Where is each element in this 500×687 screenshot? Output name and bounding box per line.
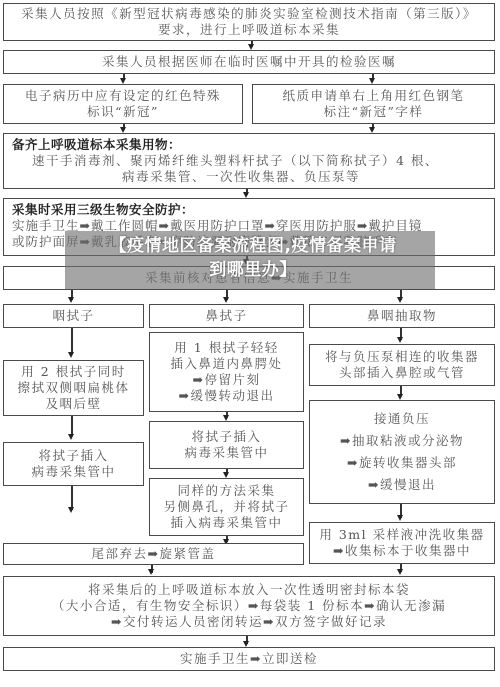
arrow-down-icon [68, 352, 74, 358]
step-collection-guideline: 采集人员按照《新型冠状病毒感染的肺炎实验室检测技术指南（第三版）》 要求，进行上… [3, 3, 495, 41]
step-text: 接通负压 [374, 411, 430, 427]
step-text: 同样的方法采集 [177, 483, 275, 499]
step-text: 病毒采集管、一次性收集器、负压泵等 [12, 169, 360, 185]
step-text: ➡抽取粘液或分泌物 [340, 433, 464, 449]
arrow-down-icon [397, 337, 403, 343]
step-prepare-supplies: 备齐上呼吸道标本采集用物： 速干手消毒剂、聚丙烯纤维头塑料杆拭子（以下简称拭子）… [3, 133, 495, 189]
nasal-swab-insert-tube: 将拭子插入 病毒采集管中 [149, 421, 304, 469]
step-text: ➡收集标本于收集器中 [333, 543, 471, 559]
step-text: 尾部弃去➡旋紧管盖 [92, 546, 216, 562]
connector [71, 416, 73, 436]
step-discard-tail-cap: 尾部弃去➡旋紧管盖 [3, 543, 304, 565]
throat-swab-header: 咽拭子 [3, 304, 144, 328]
step-text: 病毒采集管中 [184, 445, 268, 461]
step-text: 标注“新冠”字样 [324, 104, 424, 120]
step-text: 标识“新冠” [87, 104, 159, 120]
step-text: 用 1 根拭子轻轻 [174, 340, 278, 356]
step-text: 另侧鼻孔，并将拭子 [163, 499, 289, 515]
step-paper-form-mark: 纸质申请单右上角用红色钢笔 标注“新冠”字样 [252, 84, 495, 124]
overlay-line: 【疫情地区备案流程图,疫情备案申请 [68, 234, 438, 258]
step-text: 要求，进行上呼吸道标本采集 [158, 22, 340, 38]
step-electronic-record-mark: 电子病历中应有设定的红色特殊 标识“新冠” [3, 84, 243, 124]
step-text: 将采集后的上呼吸道标本放入一次性透明密封标本袋 [88, 582, 410, 598]
step-text: 速干手消毒剂、聚丙烯纤维头塑料杆拭子（以下简称拭子）4 根、 [12, 153, 439, 169]
step-text: 鼻咽抽取物 [367, 308, 437, 324]
arrow-down-icon [397, 569, 403, 575]
step-text: （大小合适，有生物安全标识）➡每袋装 1 份标本➡确认无渗漏 [52, 598, 446, 614]
step-text: ➡缓慢退出 [368, 477, 436, 493]
step-text: 鼻拭子 [205, 308, 247, 324]
step-text: 将与负压泵相连的收集器 [325, 349, 479, 365]
step-text: 插入病毒采集管中 [170, 515, 282, 531]
step-text: 采集人员按照《新型冠状病毒感染的肺炎实验室检测技术指南（第三版）》 [21, 6, 477, 22]
connector [71, 328, 73, 354]
step-text: 实施手卫生➡立即送检 [180, 651, 318, 667]
step-text: 用 2 根拭子同时 [21, 364, 125, 380]
arrow-down-icon [397, 297, 403, 303]
nasal-swab-other-nostril: 同样的方法采集 另侧鼻孔，并将拭子 插入病毒采集管中 [149, 478, 304, 536]
arrow-down-icon [223, 297, 229, 303]
arrow-down-icon [68, 297, 74, 303]
step-text: 头部插入鼻腔或气管 [339, 365, 465, 381]
aspirate-insert-collector: 将与负压泵相连的收集器 头部插入鼻腔或气管 [309, 344, 495, 386]
step-text: 病毒采集管中 [31, 464, 115, 480]
arrow-down-icon [68, 434, 74, 440]
aspirate-header: 鼻咽抽取物 [309, 304, 495, 328]
step-text: 电子病历中应有设定的红色特殊 [25, 88, 221, 104]
nasal-swab-header: 鼻拭子 [149, 304, 304, 328]
aspirate-rinse-collector: 用 3ml 采样液冲洗收集器 ➡收集标本于收集器中 [309, 522, 495, 564]
step-text: ➡旋转收集器头部 [347, 455, 457, 471]
step-title: 备齐上呼吸道标本采集用物： [12, 137, 181, 153]
step-text: ➡缓慢转动退出 [179, 388, 275, 404]
step-text: ➡交付转运人员密闭转运➡双方签字做好记录 [111, 614, 387, 630]
step-doctor-order: 采集人员根据医师在临时医嘱中开具的检验医嘱 [3, 50, 495, 74]
step-text: 将拭子插入 [38, 448, 108, 464]
step-text: ➡停留片刻 [193, 372, 261, 388]
arrow-down-icon [68, 507, 74, 513]
step-title: 采集时采用三级生物安全防护： [12, 202, 194, 218]
overlay-line: 到哪里办】 [68, 258, 438, 282]
step-hand-hygiene-submit: 实施手卫生➡立即送检 [3, 647, 495, 671]
step-text: 插入鼻道内鼻腭处 [170, 356, 282, 372]
nasal-swab-insert: 用 1 根拭子轻轻 插入鼻道内鼻腭处 ➡停留片刻 ➡缓慢转动退出 [149, 332, 304, 412]
throat-swab-insert-tube: 将拭子插入 病毒采集管中 [3, 442, 144, 486]
step-text: 擦拭双侧咽扁桃体 [17, 380, 129, 396]
throat-swab-wipe: 用 2 根拭子同时 擦拭双侧咽扁桃体 及咽后壁 [3, 360, 144, 416]
step-text: 将拭子插入 [191, 429, 261, 445]
step-text: 用 3ml 采样液冲洗收集器 [319, 527, 484, 543]
step-bag-and-transport: 将采集后的上呼吸道标本放入一次性透明密封标本袋 （大小合适，有生物安全标识）➡每… [3, 576, 495, 636]
step-text: 纸质申请单右上角用红色钢笔 [282, 88, 464, 104]
aspirate-negative-pressure: 接通负压 ➡抽取粘液或分泌物 ➡旋转收集器头部 ➡缓慢退出 [309, 400, 495, 504]
step-text: 咽拭子 [52, 308, 94, 324]
arrow-down-icon [397, 515, 403, 521]
step-text: 及咽后壁 [45, 396, 101, 412]
arrow-down-icon [148, 569, 154, 575]
step-text: 采集人员根据医师在临时医嘱中开具的检验医嘱 [102, 54, 396, 70]
title-overlay-text: 【疫情地区备案流程图,疫情备案申请 到哪里办】 [68, 234, 438, 282]
